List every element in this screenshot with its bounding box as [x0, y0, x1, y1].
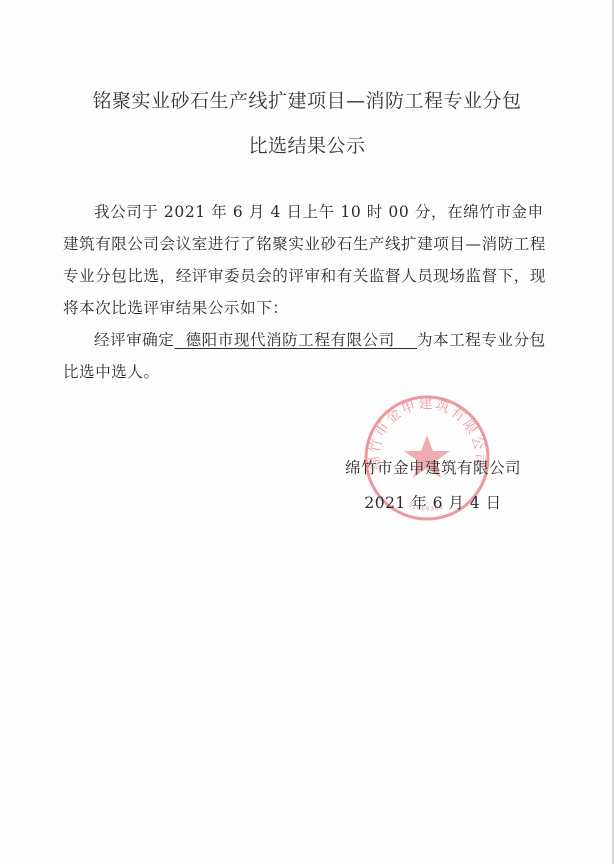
- signature-date: 2021 年 6 月 4 日: [343, 491, 523, 513]
- signature-organization: 绵竹市金申建筑有限公司: [343, 456, 523, 478]
- document-title: 铭聚实业砂石生产线扩建项目—消防工程专业分包: [0, 86, 614, 113]
- winning-bidder: 德阳市现代消防工程有限公司: [175, 331, 417, 349]
- result-prefix: 经评审确定: [94, 331, 175, 349]
- result-paragraph: 经评审确定 德阳市现代消防工程有限公司 为本工程专业分包比选中选人。: [63, 324, 555, 388]
- announcement-paragraph: 我公司于 2021 年 6 月 4 日上午 10 时 00 分，在绵竹市金申建筑…: [63, 196, 555, 324]
- document-subtitle: 比选结果公示: [0, 131, 614, 158]
